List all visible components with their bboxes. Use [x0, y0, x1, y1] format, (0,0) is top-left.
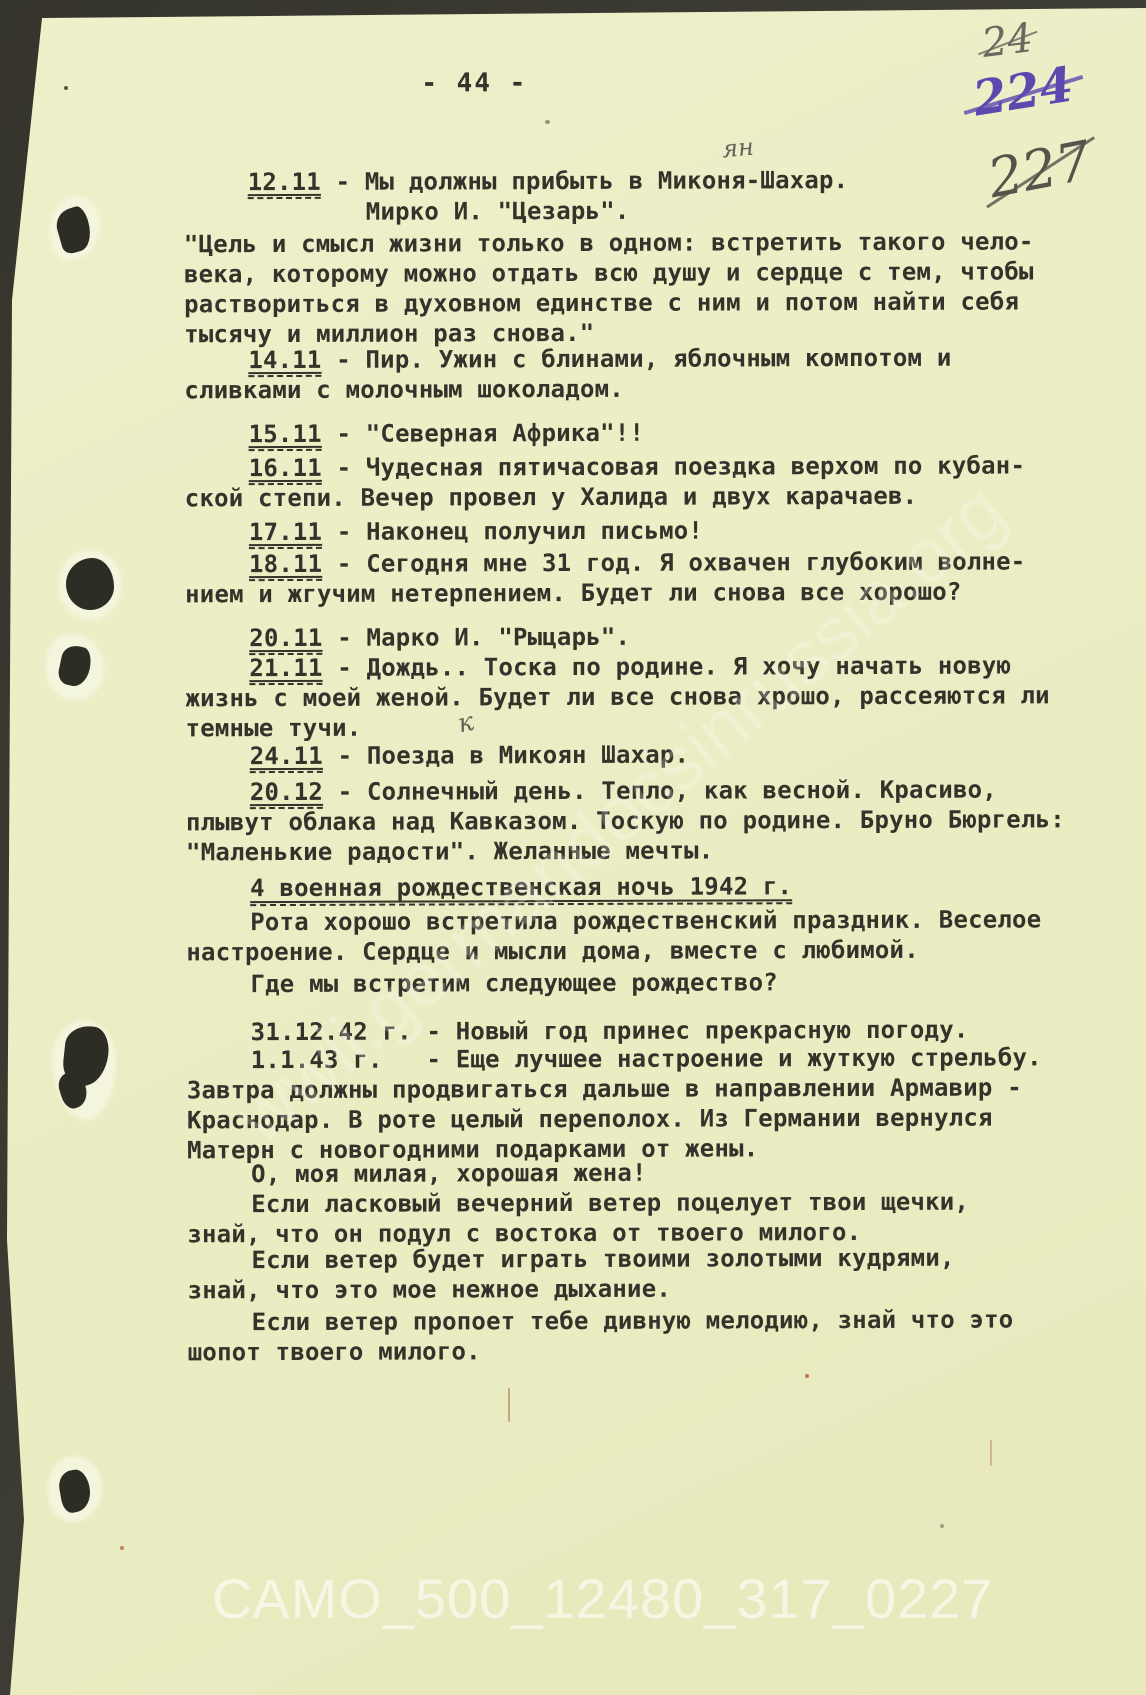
date-label: 17.11 [249, 518, 322, 549]
paragraph-gde: Где мы встретим следующее рождество? [186, 966, 1066, 999]
text-line: Рота хорошо встретила рождественский пра… [186, 904, 1066, 937]
entry-text: - Наконец получил письмо! [322, 517, 703, 546]
date-label: 21.11 [249, 654, 322, 685]
heading-christmas-1942: 4 военная рождественская ночь 1942 г. [186, 870, 1066, 903]
text-line: века, которому можно отдать всю душу и с… [184, 256, 1064, 289]
text-line: Если ласковый вечерний ветер поцелует тв… [187, 1186, 1067, 1219]
text-line: 14.11 - Пир. Ужин с блинами, яблочным ко… [184, 342, 1064, 375]
quote-paragraph: "Цель и смысл жизни только в одном: встр… [184, 226, 1064, 349]
page-number: - 44 - [421, 68, 527, 98]
entry-21-11: 21.11 - Дождь.. Тоска по родине. Я хочу … [185, 650, 1065, 743]
date-label: 18.11 [249, 550, 322, 581]
text-line: 20.11 - Марко И. "Рыцарь". [185, 620, 1065, 653]
date-label: 12.11 [248, 168, 321, 199]
scan-background: - 44 - 12.11 - Мы должны прибыть в Микон… [0, 0, 1146, 1695]
date-label: 15.11 [249, 420, 322, 451]
text-line: Если ветер пропоет тебе дивную мелодию, … [188, 1304, 1068, 1337]
text-line: настроение. Сердце и мысли дома, вместе … [186, 934, 1066, 967]
paper-sheet: - 44 - 12.11 - Мы должны прибыть в Микон… [0, 0, 1146, 1695]
text-line: Мирко И. "Цезарь". [184, 194, 1064, 227]
text-line: знай, что это мое нежное дыхание. [187, 1272, 1067, 1305]
entry-text: - Еще лучшее настроение и жуткую стрельб… [383, 1043, 1042, 1073]
text-line: 4 военная рождественская ночь 1942 г. [186, 870, 1066, 903]
entry-text: - Марко И. "Рыцарь". [322, 623, 630, 652]
entry-15-11: 15.11 - "Северная Африка"!! [185, 416, 1065, 449]
text-line: 15.11 - "Северная Африка"!! [185, 416, 1065, 449]
text-line: раствориться в духовном единстве с ним и… [184, 286, 1064, 319]
handwritten-insertion-yan: ян [721, 133, 755, 164]
paragraph-melodia: Если ветер пропоет тебе дивную мелодию, … [188, 1304, 1068, 1367]
text-line: сливками с молочным шоколадом. [184, 372, 1064, 405]
archive-code-watermark: САМО_500_12480_317_0227 [212, 1566, 994, 1631]
paragraph-rota: Рота хорошо встретила рождественский пра… [186, 904, 1066, 967]
entry-text: - Чудесная пятичасовая поездка верхом по… [322, 451, 1025, 481]
handwritten-text: 24 [979, 15, 1035, 67]
entry-text: - Новый год принес прекрасную погоду. [412, 1016, 969, 1046]
date-label: 20.11 [249, 624, 322, 655]
date-label: 14.11 [248, 346, 321, 377]
date-label: 16.11 [249, 454, 322, 485]
entry-text: - Пир. Ужин с блинами, яблочным компотом… [321, 344, 951, 374]
date-label: 24.11 [250, 742, 323, 773]
text-line: Где мы встретим следующее рождество? [186, 966, 1066, 999]
entry-20-11: 20.11 - Марко И. "Рыцарь". [185, 620, 1065, 653]
text-line: 21.11 - Дождь.. Тоска по родине. Я хочу … [185, 650, 1065, 683]
entry-12-11: 12.11 - Мы должны прибыть в Миконя-Шахар… [184, 164, 1064, 227]
entry-14-11: 14.11 - Пир. Ужин с блинами, яблочным ко… [184, 342, 1064, 405]
handwritten-number-24: 24 [979, 15, 1035, 67]
text-line: жизнь с моей женой. Будет ли все снова х… [185, 680, 1065, 713]
date-label: 20.12 [250, 778, 323, 809]
entry-text: - "Северная Африка"!! [322, 419, 644, 448]
paragraph-kudri: Если ветер будет играть твоими золотыми … [187, 1242, 1067, 1305]
text-line: шопот твоего милого. [188, 1334, 1068, 1367]
text-line: "Цель и смысл жизни только в одном: встр… [184, 226, 1064, 259]
text-line: 16.11 - Чудесная пятичасовая поездка вер… [185, 450, 1065, 483]
text-line: 12.11 - Мы должны прибыть в Миконя-Шахар… [184, 164, 1064, 197]
paragraph-zhena: О, моя милая, хорошая жена! Если ласковы… [187, 1156, 1067, 1249]
text-line: Если ветер будет играть твоими золотыми … [187, 1242, 1067, 1275]
text-line: О, моя милая, хорошая жена! [187, 1156, 1067, 1189]
entry-text: - Дождь.. Тоска по родине. Я хочу начать… [323, 651, 1012, 681]
entry-text: - Мы должны прибыть в Миконя-Шахар. [321, 166, 848, 196]
